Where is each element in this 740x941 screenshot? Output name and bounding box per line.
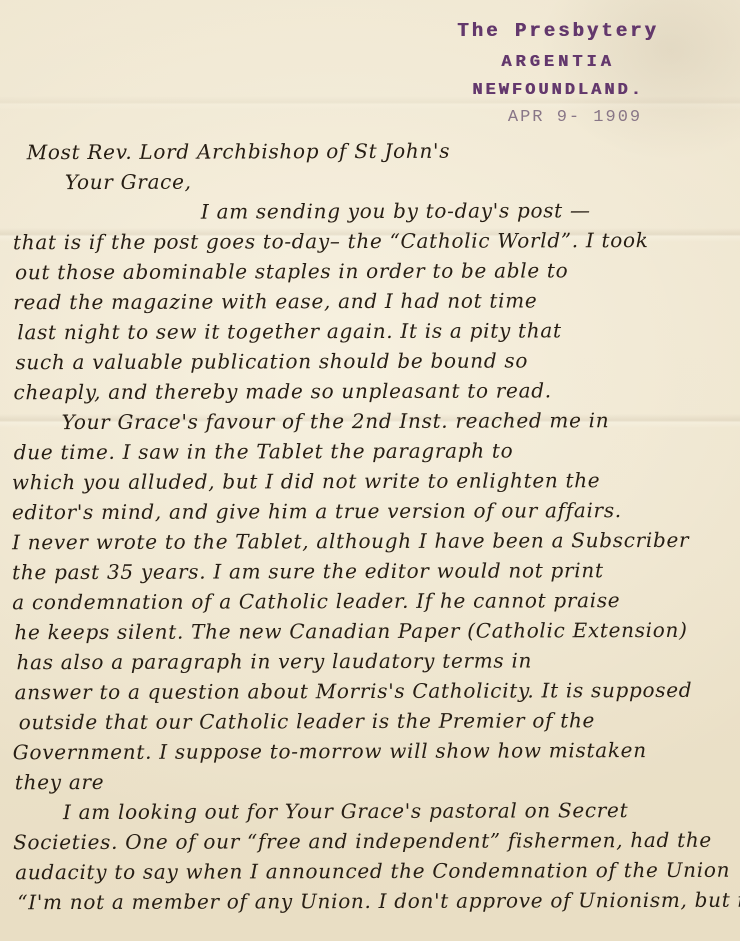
presbytery-stamp: The Presbytery ARGENTIA NEWFOUNDLAND. AP…	[412, 20, 704, 127]
letter-scan-page: The Presbytery ARGENTIA NEWFOUNDLAND. AP…	[0, 0, 740, 941]
letter-line: Societies. One of our “free and independ…	[13, 825, 735, 858]
letter-line: Your Grace's favour of the 2nd Inst. rea…	[12, 405, 734, 438]
letter-line: “I'm not a member of any Union. I don't …	[13, 885, 735, 918]
letter-line: out those abominable staples in order to…	[11, 255, 733, 288]
letter-line: audacity to say when I announced the Con…	[13, 855, 735, 888]
salutation-line: Your Grace,	[11, 165, 733, 198]
letter-body-lines: I am sending you by to-day's post —that …	[11, 195, 736, 918]
stamp-line-argentia: ARGENTIA	[412, 53, 704, 72]
letter-line: he keeps silent. The new Canadian Paper …	[12, 615, 734, 648]
letter-line: which you alluded, but I did not write t…	[12, 465, 734, 498]
stamp-line-newfoundland: NEWFOUNDLAND.	[412, 81, 704, 100]
letter-line: that is if the post goes to-day– the “Ca…	[11, 225, 733, 258]
letter-line: due time. I saw in the Tablet the paragr…	[12, 435, 734, 468]
date-stamp: APR 9- 1909	[446, 108, 704, 127]
letter-line: read the magazine with ease, and I had n…	[11, 285, 733, 318]
letter-line: I am sending you by to-day's post —	[11, 195, 733, 228]
letter-line: answer to a question about Morris's Cath…	[13, 675, 735, 708]
letter-line: editor's mind, and give him a true versi…	[12, 495, 734, 528]
letter-line: outside that our Catholic leader is the …	[13, 705, 735, 738]
letter-line: has also a paragraph in very laudatory t…	[12, 645, 734, 678]
letter-line: the past 35 years. I am sure the editor …	[12, 555, 734, 588]
letter-line: cheaply, and thereby made so unpleasant …	[11, 375, 733, 408]
letter-line: they are	[13, 765, 735, 798]
letter-line: I never wrote to the Tablet, although I …	[12, 525, 734, 558]
letter-line: last night to sew it together again. It …	[11, 315, 733, 348]
recipient-line: Most Rev. Lord Archbishop of St John's	[11, 135, 733, 168]
stamp-line-presbytery: The Presbytery	[412, 20, 704, 42]
letter-line: Government. I suppose to-morrow will sho…	[13, 735, 735, 768]
letter-line: I am looking out for Your Grace's pastor…	[13, 795, 735, 828]
letter-line: a condemnation of a Catholic leader. If …	[12, 585, 734, 618]
letter-line: such a valuable publication should be bo…	[11, 345, 733, 378]
handwritten-letter-body: Most Rev. Lord Archbishop of St John's Y…	[11, 135, 736, 918]
